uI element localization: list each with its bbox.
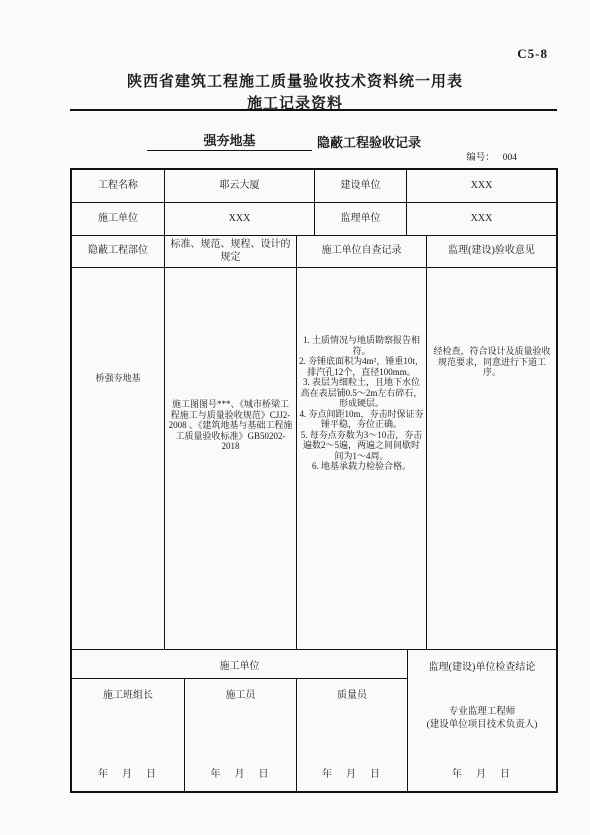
supervisor-title-line2: (建设单位项目技术负责人) bbox=[427, 720, 538, 730]
record-table: 工程名称 耶云大厦 建设单位 XXX 施工单位 XXX 监理单位 XXX 隐蔽工… bbox=[70, 168, 558, 793]
standards-value: 施工图图号***、《城市桥梁工程施工与质量验收规范》CJJ2-2008 、《建筑… bbox=[165, 268, 297, 649]
header-self-check: 施工单位自查记录 bbox=[297, 236, 427, 267]
sign-cell-constructor: 施工员 年 月 日 bbox=[185, 679, 297, 791]
self-check-item: 1. 土质情况与地质勘察报告相符。 bbox=[299, 335, 424, 356]
info-row-2: 施工单位 XXX 监理单位 XXX bbox=[72, 203, 556, 236]
header-acceptance-opinion: 监理(建设)验收意见 bbox=[427, 236, 556, 267]
date-placeholder: 年 月 日 bbox=[322, 765, 382, 780]
project-name-label: 工程名称 bbox=[72, 170, 165, 202]
date-placeholder: 年 月 日 bbox=[211, 765, 271, 780]
info-row-1: 工程名称 耶云大厦 建设单位 XXX bbox=[72, 170, 556, 203]
title-divider bbox=[70, 109, 557, 111]
document-title: 陕西省建筑工程施工质量验收技术资料统一用表 bbox=[0, 70, 590, 91]
construction-unit-value: XXX bbox=[165, 203, 315, 235]
document-page: C5-8 陕西省建筑工程施工质量验收技术资料统一用表 施工记录资料 强夯地基 隐… bbox=[0, 0, 590, 835]
role-label: 质量员 bbox=[337, 686, 367, 701]
signature-row: 施工班组长 年 月 日 施工员 年 月 日 质量员 年 月 日 bbox=[72, 679, 407, 791]
build-unit-label: 建设单位 bbox=[315, 170, 407, 202]
project-name-value: 耶云大厦 bbox=[165, 170, 315, 202]
form-code: C5-8 bbox=[517, 46, 548, 62]
header-hidden-work-part: 隐蔽工程部位 bbox=[72, 236, 165, 267]
serial-value: 004 bbox=[503, 153, 517, 163]
self-check-record: 1. 土质情况与地质勘察报告相符。 2. 夯锤底面积为4m²，锤重10t，排汽孔… bbox=[297, 268, 427, 649]
supervision-conclusion-cell: 监理(建设)单位检查结论 专业监理工程师 (建设单位项目技术负责人) 年 月 日 bbox=[407, 650, 556, 791]
title-block: 陕西省建筑工程施工质量验收技术资料统一用表 施工记录资料 bbox=[0, 70, 590, 113]
role-label: 施工员 bbox=[226, 686, 256, 701]
date-placeholder: 年 月 日 bbox=[452, 765, 512, 780]
record-heading-row: 强夯地基 隐蔽工程验收记录 bbox=[70, 130, 557, 151]
main-content-row: 桥强夯地基 施工图图号***、《城市桥梁工程施工与质量验收规范》CJJ2-200… bbox=[72, 268, 556, 650]
self-check-item: 6. 地基承载力检验合格。 bbox=[299, 461, 424, 472]
build-unit-value: XXX bbox=[407, 170, 556, 202]
self-check-item: 4. 夯点间距10m，夯击时保证夯锤平稳，夯位正确。 bbox=[299, 409, 424, 430]
supervision-unit-value: XXX bbox=[407, 203, 556, 235]
date-placeholder: 年 月 日 bbox=[98, 765, 158, 780]
role-label: 施工班组长 bbox=[103, 686, 153, 701]
construction-unit-header: 施工单位 bbox=[72, 650, 407, 679]
signature-section: 施工单位 施工班组长 年 月 日 施工员 年 月 日 质量员 年 月 日 bbox=[72, 650, 556, 791]
self-check-item: 5. 每夯点夯数为3～10击，夯击遍数2～5遍，两遍之间间歇时间为1～4周。 bbox=[299, 430, 424, 462]
conclusion-header: 监理(建设)单位检查结论 bbox=[429, 658, 536, 673]
sign-cell-quality-inspector: 质量员 年 月 日 bbox=[297, 679, 407, 791]
supervisor-title-line1: 专业监理工程师 bbox=[449, 707, 516, 717]
serial-number-row: 编号：004 bbox=[70, 149, 517, 163]
supervision-unit-label: 监理单位 bbox=[315, 203, 407, 235]
construction-unit-signatures: 施工单位 施工班组长 年 月 日 施工员 年 月 日 质量员 年 月 日 bbox=[72, 650, 407, 791]
hidden-work-part-value: 桥强夯地基 bbox=[72, 268, 165, 649]
header-standards: 标准、规范、规程、设计的规定 bbox=[165, 236, 297, 267]
main-header-row: 隐蔽工程部位 标准、规范、规程、设计的规定 施工单位自查记录 监理(建设)验收意… bbox=[72, 236, 556, 268]
self-check-item: 3. 表层为细粒土，且地下水位高在表层铺0.5～2m左右碎石，形成硬层。 bbox=[299, 377, 424, 409]
supervisor-signature-title: 专业监理工程师 (建设单位项目技术负责人) bbox=[427, 706, 538, 732]
filled-blank-project-part: 强夯地基 bbox=[147, 130, 312, 151]
self-check-item: 2. 夯锤底面积为4m²，锤重10t，排汽孔12个，直径100mm。 bbox=[299, 356, 424, 377]
acceptance-opinion-value: 经检查，符合设计及质量验收规范要求，同意进行下道工序。 bbox=[427, 268, 556, 649]
construction-unit-label: 施工单位 bbox=[72, 203, 165, 235]
serial-label: 编号： bbox=[466, 153, 495, 163]
sign-cell-crew-leader: 施工班组长 年 月 日 bbox=[72, 679, 185, 791]
